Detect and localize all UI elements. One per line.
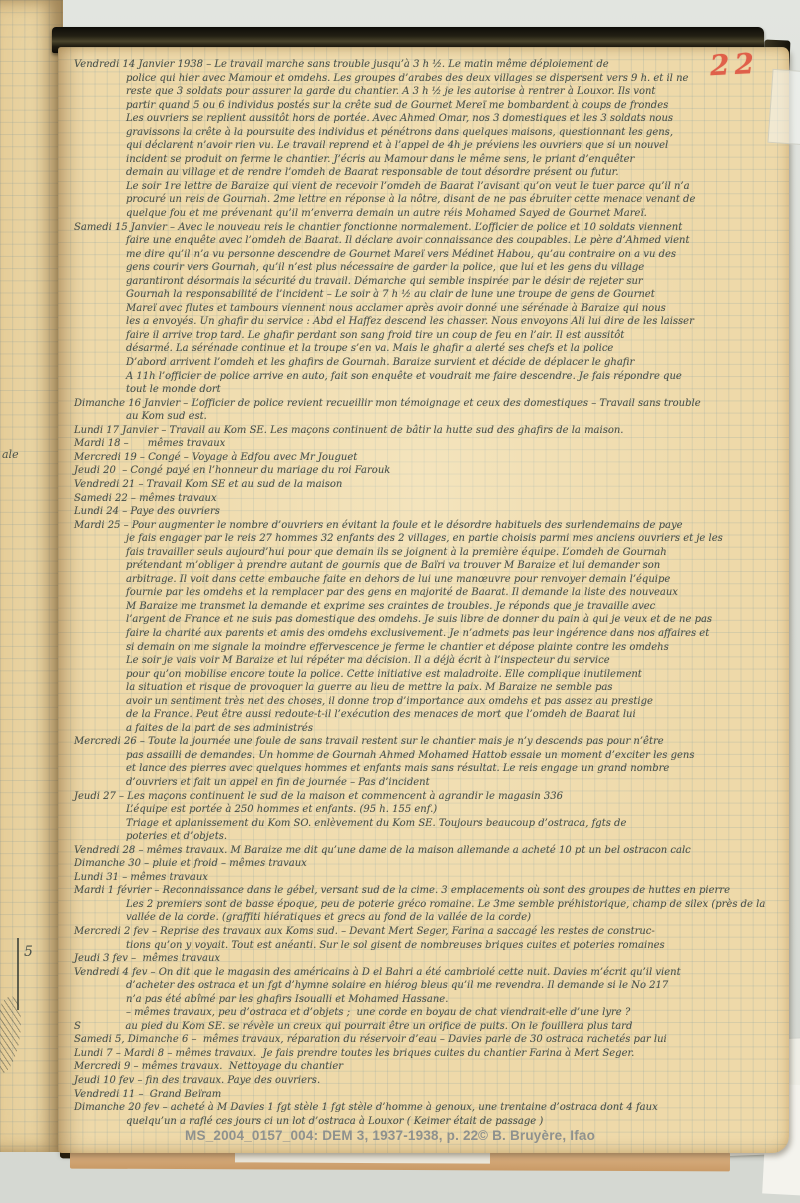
- journal-line: – mêmes travaux, peu d’ostraca et d’obje…: [74, 1006, 780, 1020]
- journal-line: A 11h l’officier de police arrive en aut…: [74, 370, 780, 384]
- journal-line: faire il arrive trop tard. Le ghafir per…: [74, 329, 780, 343]
- tape-fragment: [767, 69, 800, 145]
- journal-line: demain au village et de rendre l’omdeh d…: [74, 166, 780, 180]
- journal-line: Jeudi 27 – Les maçons continuent le sud …: [74, 790, 780, 804]
- journal-line: Vendredi 14 Janvier 1938 – Le travail ma…: [74, 58, 780, 72]
- journal-line: d’ouvriers et fait un appel en fin de jo…: [74, 776, 780, 790]
- journal-line: Mercredi 19 – Congé – Voyage à Edfou ave…: [74, 451, 780, 465]
- journal-line: Lundi 24 – Paye des ouvriers: [74, 505, 780, 519]
- margin-number-fragment: 5: [24, 944, 33, 960]
- journal-line: Jeudi 20 – Congé payé en l’honneur du ma…: [74, 464, 780, 478]
- journal-line: Les ouvriers se replient aussitôt hors d…: [74, 112, 780, 126]
- journal-line: arbitrage. Il voit dans cette embauche f…: [74, 573, 780, 587]
- journal-line: Jeudi 10 fev – fin des travaux. Paye des…: [74, 1074, 780, 1088]
- journal-line: Vendredi 21 – Travail Kom SE et au sud d…: [74, 478, 780, 492]
- journal-line: de la France. Peut être aussi redoute-t-…: [74, 708, 780, 722]
- journal-line: gravissons la crête à la poursuite des i…: [74, 126, 780, 140]
- journal-line: Mardi 18 – mêmes travaux: [74, 437, 780, 451]
- journal-line: Lundi 17 Janvier – Travail au Kom SE. Le…: [74, 424, 780, 438]
- journal-line: n’a pas été abîmé par les ghafirs Isoual…: [74, 993, 780, 1007]
- journal-line: et lance des pierres avec quelques homme…: [74, 762, 780, 776]
- journal-line: quelque fou et me prévenant qu’il m’enve…: [74, 207, 780, 221]
- margin-bracket-line: [17, 938, 19, 1010]
- margin-hatched-sketch: [0, 994, 25, 1075]
- journal-line: vallée de la corde. (graffiti hiératique…: [74, 911, 780, 925]
- journal-line: Jeudi 3 fev – mêmes travaux: [74, 952, 780, 966]
- journal-line: Mareï avec flutes et tambours viennent n…: [74, 302, 780, 316]
- journal-line: pas assailli de demandes. Un homme de Go…: [74, 749, 780, 763]
- under-page-white-strip: [235, 1151, 490, 1163]
- journal-line: l’argent de France et ne suis pas domest…: [74, 613, 780, 627]
- journal-line: Vendredi 11 – Grand Beïram: [74, 1088, 780, 1102]
- journal-line: incident se produit on ferme le chantier…: [74, 153, 780, 167]
- journal-line: tions qu’on y voyait. Tout est anéanti. …: [74, 939, 780, 953]
- journal-line: S au pied du Kom SE. se révèle un creux …: [74, 1020, 780, 1034]
- journal-line: Dimanche 20 fev – acheté à M Davies 1 fg…: [74, 1101, 780, 1115]
- journal-line: Triage et aplanissement du Kom SO. enlèv…: [74, 817, 780, 831]
- journal-line: Le soir je vais voir M Baraize et lui ré…: [74, 654, 780, 668]
- journal-line: Mercredi 26 – Toute la journée une foule…: [74, 735, 780, 749]
- journal-line: Dimanche 16 Janvier – L’officier de poli…: [74, 397, 780, 411]
- journal-line: D’abord arrivent l’omdeh et les ghafirs …: [74, 356, 780, 370]
- journal-line: prétendant m’obliger à prendre autant de…: [74, 559, 780, 573]
- journal-line: M Baraize me transmet la demande et expr…: [74, 600, 780, 614]
- journal-line: au Kom sud est.: [74, 410, 780, 424]
- journal-line: procuré un reis de Gournah. 2me lettre e…: [74, 193, 780, 207]
- journal-line: Lundi 7 – Mardi 8 – mêmes travaux. Je fa…: [74, 1047, 780, 1061]
- journal-line: Mercredi 2 fev – Reprise des travaux aux…: [74, 925, 780, 939]
- journal-line: me dire qu’il n’a vu personne descendre …: [74, 248, 780, 262]
- journal-line: reste que 3 soldats pour assurer la gard…: [74, 85, 780, 99]
- journal-line: faire une enquête avec l’omdeh de Baarat…: [74, 234, 780, 248]
- journal-line: je fais engager par le reis 27 hommes 32…: [74, 532, 780, 546]
- journal-line: Gournah la responsabilité de l’incident …: [74, 288, 780, 302]
- journal-line: quelqu’un a raflé ces jours ci un lot d’…: [74, 1115, 780, 1129]
- margin-text-fragment: ale: [2, 448, 19, 461]
- journal-line: tout le monde dort: [74, 383, 780, 397]
- journal-line: gens courir vers Gournah, qu’il n’est pl…: [74, 261, 780, 275]
- journal-line: L’équipe est portée à 250 hommes et enfa…: [74, 803, 780, 817]
- journal-line: désarmé. La sérénade continue et la trou…: [74, 342, 780, 356]
- journal-line: garantiront désormais la sécurité du tra…: [74, 275, 780, 289]
- journal-line: partir quand 5 ou 6 individus postés sur…: [74, 99, 780, 113]
- journal-line: si demain on me signale la moindre effer…: [74, 641, 780, 655]
- journal-line: fournie par les omdehs et la remplacer p…: [74, 586, 780, 600]
- journal-line: police qui hier avec Mamour et omdehs. L…: [74, 72, 780, 86]
- journal-line: a faites de la part de ses administrés: [74, 722, 780, 736]
- journal-line: d’acheter des ostraca et un fgt d’hymne …: [74, 979, 780, 993]
- journal-line: pour qu’on mobilise encore toute la poli…: [74, 668, 780, 682]
- previous-page-sliver: ale 5: [0, 0, 63, 1152]
- journal-line: Mardi 1 février – Reconnaissance dans le…: [74, 884, 780, 898]
- journal-line: Mardi 25 – Pour augmenter le nombre d’ou…: [74, 519, 780, 533]
- journal-line: la situation et risque de provoquer la g…: [74, 681, 780, 695]
- journal-line: Lundi 31 – mêmes travaux: [74, 871, 780, 885]
- journal-line: Samedi 22 – mêmes travaux: [74, 492, 780, 506]
- journal-line: Vendredi 28 – mêmes travaux. M Baraize m…: [74, 844, 780, 858]
- journal-line: poteries et d’objets.: [74, 830, 780, 844]
- journal-line: faire la charité aux parents et amis des…: [74, 627, 780, 641]
- journal-line: Les 2 premiers sont de basse époque, peu…: [74, 898, 780, 912]
- journal-lines: Vendredi 14 Janvier 1938 – Le travail ma…: [74, 58, 780, 1128]
- watermark-id: MS_2004_0157_004: DEM 3, 1937-1938, p. 2…: [185, 1128, 478, 1143]
- page-number: 22: [709, 47, 760, 83]
- journal-line: Samedi 5, Dimanche 6 – mêmes travaux, ré…: [74, 1033, 780, 1047]
- journal-page: 22 Vendredi 14 Janvier 1938 – Le travail…: [58, 47, 789, 1153]
- watermark-credit: © B. Bruyère, Ifao: [478, 1128, 595, 1143]
- journal-line: Mercredi 9 – mêmes travaux. Nettoyage du…: [74, 1060, 780, 1074]
- journal-line: Samedi 15 Janvier – Avec le nouveau reis…: [74, 221, 780, 235]
- journal-line: qui déclarent n’avoir rien vu. Le travai…: [74, 139, 780, 153]
- journal-line: avoir un sentiment très net des choses, …: [74, 695, 780, 709]
- journal-line: Dimanche 30 – pluie et froid – mêmes tra…: [74, 857, 780, 871]
- journal-line: Le soir 1re lettre de Baraize qui vient …: [74, 180, 780, 194]
- journal-line: les a envoyés. Un ghafir du service : Ab…: [74, 315, 780, 329]
- journal-line: fais travailler seuls aujourd’hui pour q…: [74, 546, 780, 560]
- journal-line: Vendredi 4 fev – On dit que le magasin d…: [74, 966, 780, 980]
